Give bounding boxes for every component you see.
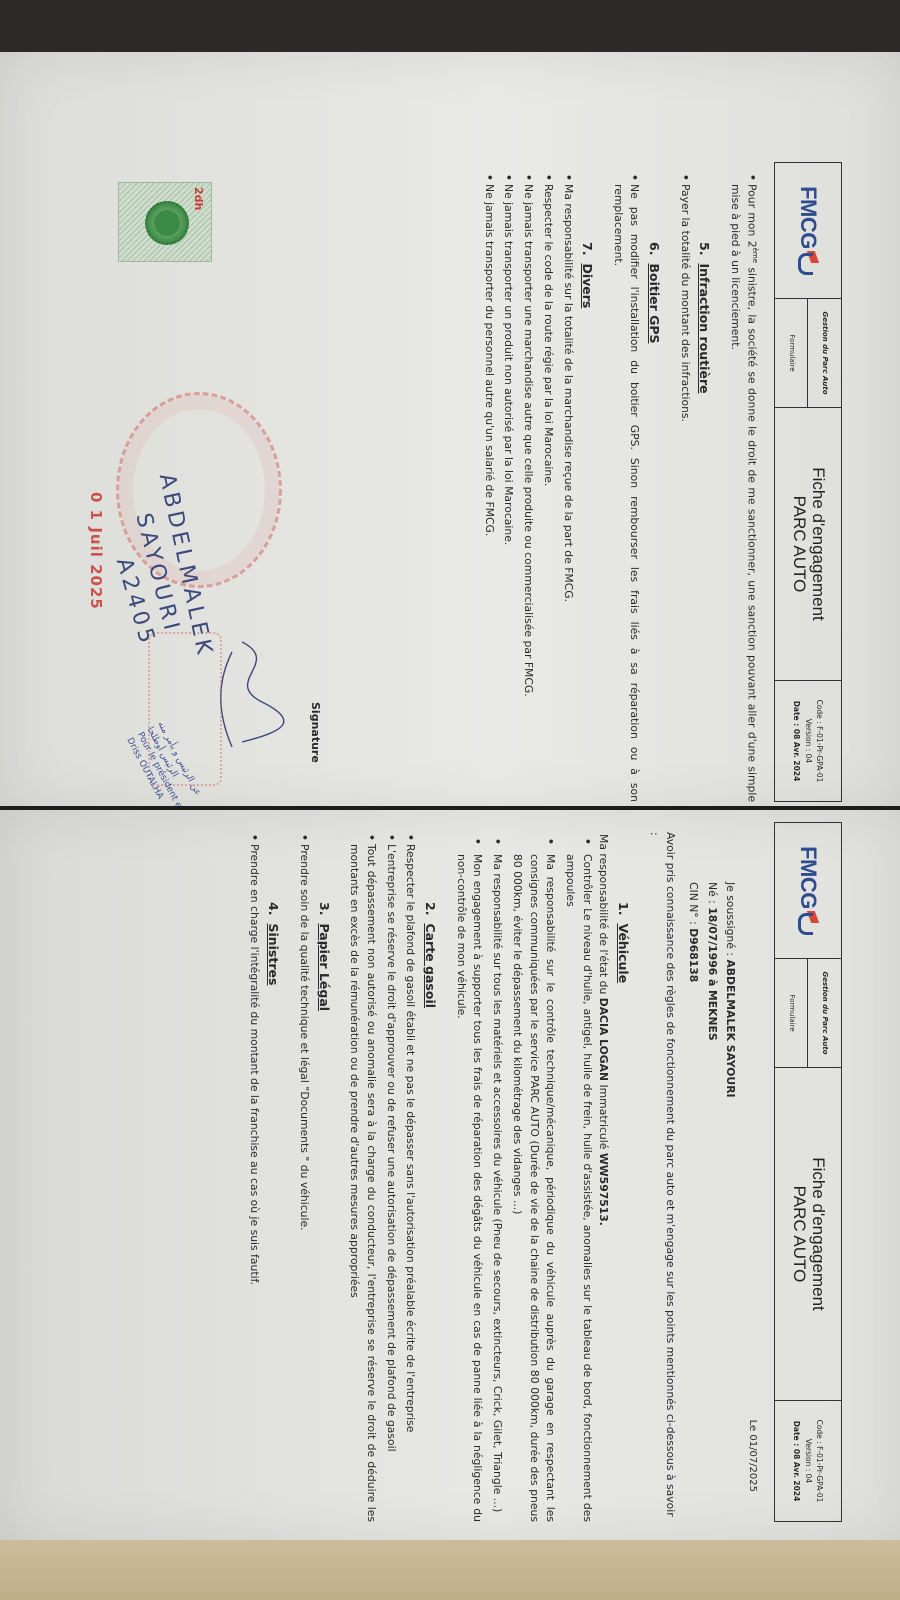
list-item: Respecter le code de la route régie par … <box>539 174 556 802</box>
declarant-info: Je soussigné : ABDELMALEK SAYOURI Né : 1… <box>684 882 738 1522</box>
document-meta: Code : F-01-Pr-GPA-01 Version : 04 Date … <box>775 681 841 801</box>
section-5: 5.Infraction routière Payer la totalité … <box>676 162 714 802</box>
document-issue-date: Le 01/07/2025 <box>745 822 761 1492</box>
seal-icon <box>145 201 189 245</box>
section-3: 3.Papier Légal Prendre soin de la qualit… <box>295 822 333 1522</box>
logo-mark-icon <box>797 251 819 275</box>
list-item: Respecter le plafond de gasoil établi et… <box>402 834 419 1522</box>
cin-number: D968138 <box>687 928 700 982</box>
document-code: Code : F-01-Pr-GPA-01 <box>814 1420 825 1503</box>
floor-background <box>0 1540 900 1600</box>
signature-label: Signature <box>307 702 324 763</box>
section-6: 6.Boitier GPS Ne pas modifier l'installa… <box>609 162 664 802</box>
document-meta: Code : F-01-Pr-GPA-01 Version : 04 Date … <box>775 1401 841 1521</box>
section-1: 1.Véhicule Ma responsabilité de l'état d… <box>452 822 633 1522</box>
logo-text: FMCG <box>791 186 825 249</box>
form-type-label: Formulaire <box>775 959 808 1067</box>
document-title: Fiche d'engagement PARC AUTO <box>775 408 841 681</box>
document-date: Date : 08 Avr. 2024 <box>791 1421 802 1502</box>
vehicle-lead: Ma responsabilité de l'état du DACIA LOG… <box>595 834 612 1522</box>
declarant-name: ABDELMALEK SAYOURI <box>725 959 738 1097</box>
list-item: Ma responsabilité sur la totalité de la … <box>559 174 576 802</box>
vehicle-model: DACIA LOGAN <box>597 998 610 1081</box>
form-page-2-sheet: FMCG Gestion du Parc Auto Formulaire Fic… <box>0 52 900 812</box>
section-4: 4.Sinistres Prendre en charge l'intégral… <box>245 822 283 1522</box>
list-item: Prendre en charge l'intégralité du monta… <box>245 834 262 1522</box>
list-item: Ne pas modifier l'installation du boitie… <box>609 174 642 802</box>
employee-signature <box>212 632 302 752</box>
document-version: Version : 04 <box>802 1439 813 1483</box>
form-page-1: FMCG Gestion du Parc Auto Formulaire Fic… <box>12 822 842 1522</box>
list-item: Tout dépassement non autorisé ou anomali… <box>346 834 379 1522</box>
list-item: Contrôler Le niveau d'huile, antigel, hu… <box>561 834 594 1522</box>
list-item: Prendre soin de la qualité technique et … <box>295 834 312 1522</box>
header-department-cell: Gestion du Parc Auto Formulaire <box>775 959 841 1068</box>
document-version: Version : 04 <box>802 719 813 763</box>
section-7: 7.Divers Ma responsabilité sur la totali… <box>480 162 597 802</box>
list-item: Ne jamais transporter un produit non aut… <box>500 174 517 802</box>
document-title: Fiche d'engagement PARC AUTO <box>775 1068 841 1401</box>
continued-sinistre-list: Pour mon 2ème sinistre, la société se do… <box>726 162 760 802</box>
sinistre-bullet: Pour mon 2ème sinistre, la société se do… <box>726 174 760 802</box>
vehicle-plate: WW597513. <box>597 1153 610 1226</box>
list-item: Ne jamais transporter du personnel autre… <box>480 174 497 802</box>
fiscal-stamp: 2dh <box>118 182 212 262</box>
form-page-2: FMCG Gestion du Parc Auto Formulaire Fic… <box>72 162 842 802</box>
list-item: Ma responsabilité sur le contrôle techni… <box>508 834 558 1522</box>
form-page-1-sheet: FMCG Gestion du Parc Auto Formulaire Fic… <box>0 806 900 1540</box>
stamp-date: 0 1 Juil 2025 <box>84 492 107 610</box>
fmcg-logo: FMCG <box>775 823 841 959</box>
acknowledgement-text: Avoir pris connaissance des règles de fo… <box>645 832 678 1522</box>
list-item: Mon engagement à supporter tous les frai… <box>452 834 485 1522</box>
list-item: Ma responsabilité sur tous les matériels… <box>488 834 505 1522</box>
section-2: 2.Carte gasoil Respecter le plafond de g… <box>346 822 440 1522</box>
list-item: L'entreprise se réserve le droit d'appro… <box>382 834 399 1522</box>
logo-text: FMCG <box>791 846 825 909</box>
logo-mark-icon <box>797 911 819 935</box>
department-label: Gestion du Parc Auto <box>808 299 842 407</box>
department-label: Gestion du Parc Auto <box>808 959 842 1067</box>
header-department-cell: Gestion du Parc Auto Formulaire <box>775 299 841 408</box>
birth-info: 18/07/1996 à MEKNES <box>706 907 719 1040</box>
form-header: FMCG Gestion du Parc Auto Formulaire Fic… <box>774 162 842 802</box>
list-item: Payer la totalité du montant des infract… <box>676 174 693 802</box>
form-header: FMCG Gestion du Parc Auto Formulaire Fic… <box>774 822 842 1522</box>
fmcg-logo: FMCG <box>775 163 841 299</box>
document-date: Date : 08 Avr. 2024 <box>791 701 802 782</box>
form-type-label: Formulaire <box>775 299 808 407</box>
document-code: Code : F-01-Pr-GPA-01 <box>814 700 825 783</box>
list-item: Ne jamais transporter une marchandise au… <box>519 174 536 802</box>
